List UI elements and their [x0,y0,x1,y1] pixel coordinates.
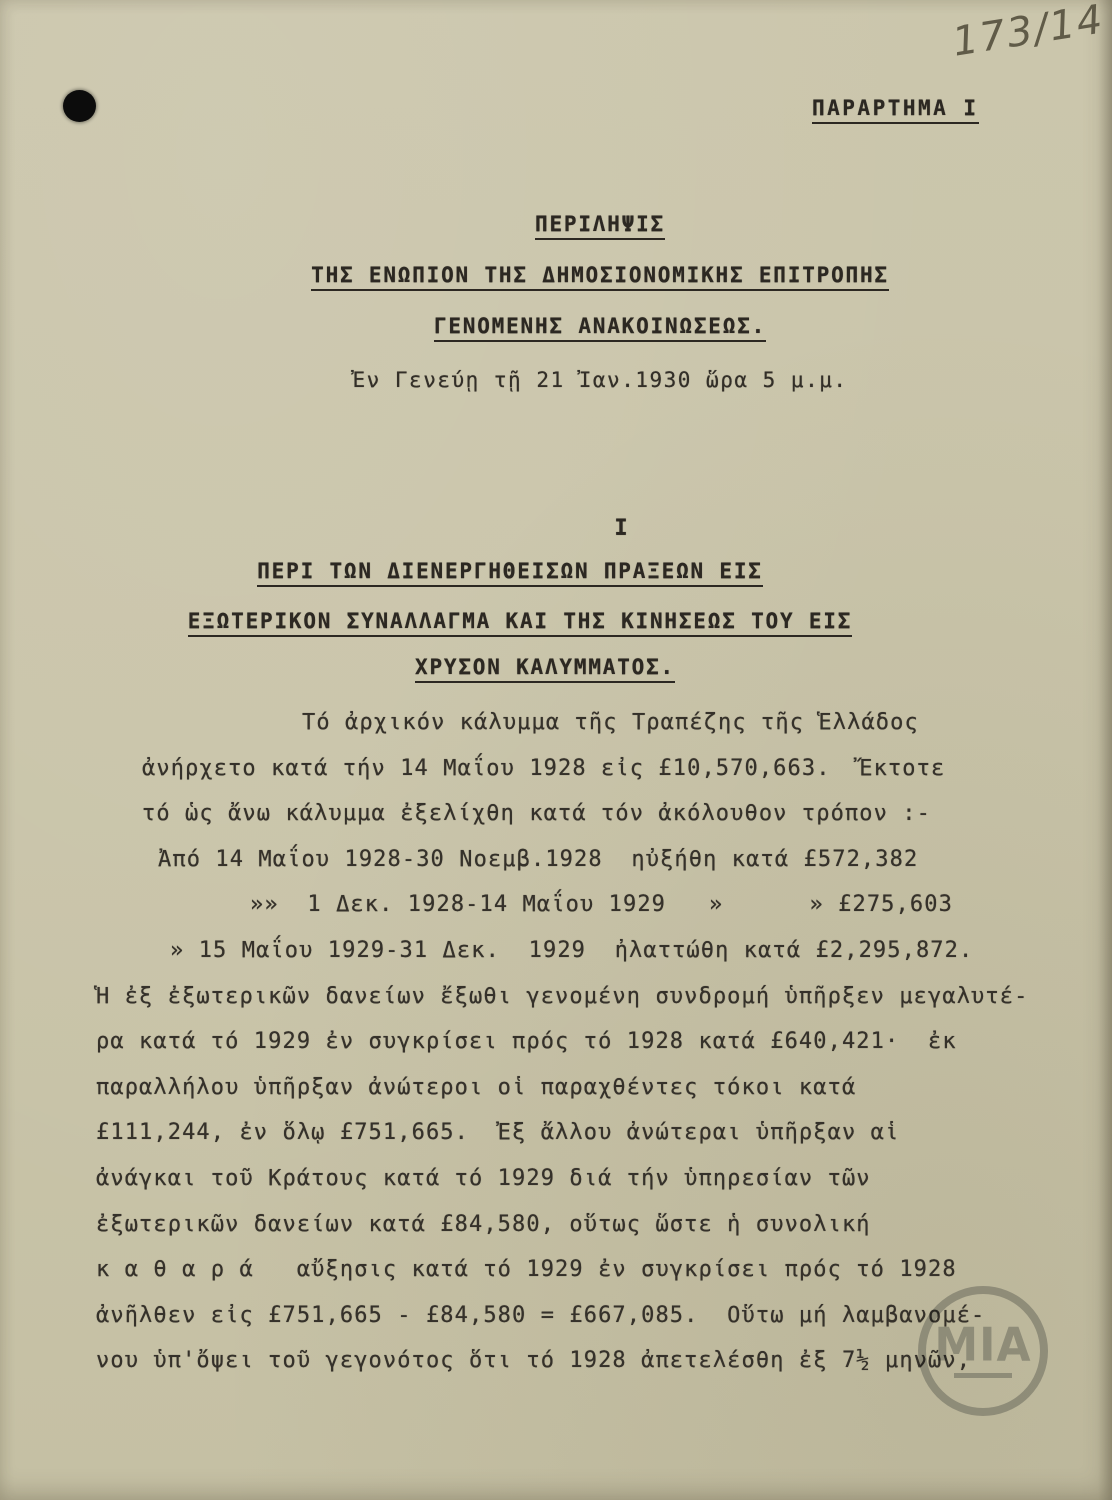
dateline: Ἐν Γενεύῃ τῇ 21 Ἰαν.1930 ὥρα 5 μ.μ. [44,368,1112,392]
section-heading-line1: ΠΕΡΙ ΤΩΝ ΔΙΕΝΕΡΓΗΘΕΙΣΩΝ ΠΡΑΞΕΩΝ ΕΙΣ [0,559,1066,583]
body-line: £111,244, ἐν ὅλῳ £751,665. Ἐξ ἄλλου ἀνώτ… [90,1110,1084,1156]
body-line: ἀνάγκαι τοῦ Κράτους κατά τό 1929 διά τήν… [90,1156,1084,1202]
body-line: Ἡ ἐξ ἐξωτερικῶν δανείων ἔξωθι γενομένη σ… [90,974,1084,1020]
section-numeral: Ι [66,516,1112,541]
document-title-line3: ΓΕΝΟΜΕΝΗΣ ΑΝΑΚΟΙΝΩΣΕΩΣ. [44,314,1112,338]
body-line: ρα κατά τό 1929 ἐν συγκρίσει πρός τό 192… [90,1019,1084,1065]
body-line: » 15 Μαΐου 1929-31 Δεκ. 1929 ἠλαττώθη κα… [90,928,1084,974]
body-text: Τό ἀρχικόν κάλυμμα τῆς Τραπέζης τῆς Ἑλλά… [90,700,1084,1384]
body-line: Ἀπό 14 Μαΐου 1928-30 Νοεμβ.1928 ηὐξήθη κ… [90,837,1084,883]
body-line: ἀνῆλθεν εἰς £751,665 - £84,580 = £667,08… [90,1293,1084,1339]
body-line: Τό ἀρχικόν κάλυμμα τῆς Τραπέζης τῆς Ἑλλά… [90,700,1084,746]
body-line: ἐξωτερικῶν δανείων κατά £84,580, οὕτως ὥ… [90,1202,1084,1248]
body-line: κ α θ α ρ ά αὔξησις κατά τό 1929 ἐν συγκ… [90,1247,1084,1293]
archival-number: 173/14 [949,0,1107,66]
document-page: 173/14 ΠΑΡΑΡΤΗΜΑ Ι ΠΕΡΙΛΗΨΙΣ ΤΗΣ ΕΝΩΠΙΟΝ… [0,0,1112,1500]
section-heading-line2: ΕΞΩΤΕΡΙΚΟΝ ΣΥΝΑΛΛΑΓΜΑ ΚΑΙ ΤΗΣ ΚΙΝΗΣΕΩΣ Τ… [0,609,1076,633]
appendix-label-text: ΠΑΡΑΡΤΗΜΑ Ι [812,96,979,124]
appendix-label: ΠΑΡΑΡΤΗΜΑ Ι [812,96,979,120]
punch-hole [63,90,96,122]
document-title-line1: ΠΕΡΙΛΗΨΙΣ [44,212,1112,236]
body-line: ἀνήρχετο κατά τήν 14 Μαΐου 1928 εἰς £10,… [90,746,1084,792]
section-heading-line3: ΧΡΥΣΟΝ ΚΑΛΥΜΜΑΤΟΣ. [0,655,1101,679]
body-line: παραλλήλου ὑπῆρξαν ἀνώτεροι οἱ παραχθέντ… [90,1065,1084,1111]
body-line: νου ὑπ'ὄψει τοῦ γεγονότος ὅτι τό 1928 ἀπ… [90,1338,1084,1384]
document-title-line2: ΤΗΣ ΕΝΩΠΙΟΝ ΤΗΣ ΔΗΜΟΣΙΟΝΟΜΙΚΗΣ ΕΠΙΤΡΟΠΗΣ [44,263,1112,287]
body-line: τό ὡς ἄνω κάλυμμα ἐξελίχθη κατά τόν ἀκόλ… [90,791,1084,837]
body-line: »» 1 Δεκ. 1928-14 Μαΐου 1929 » » £275,60… [90,882,1084,928]
